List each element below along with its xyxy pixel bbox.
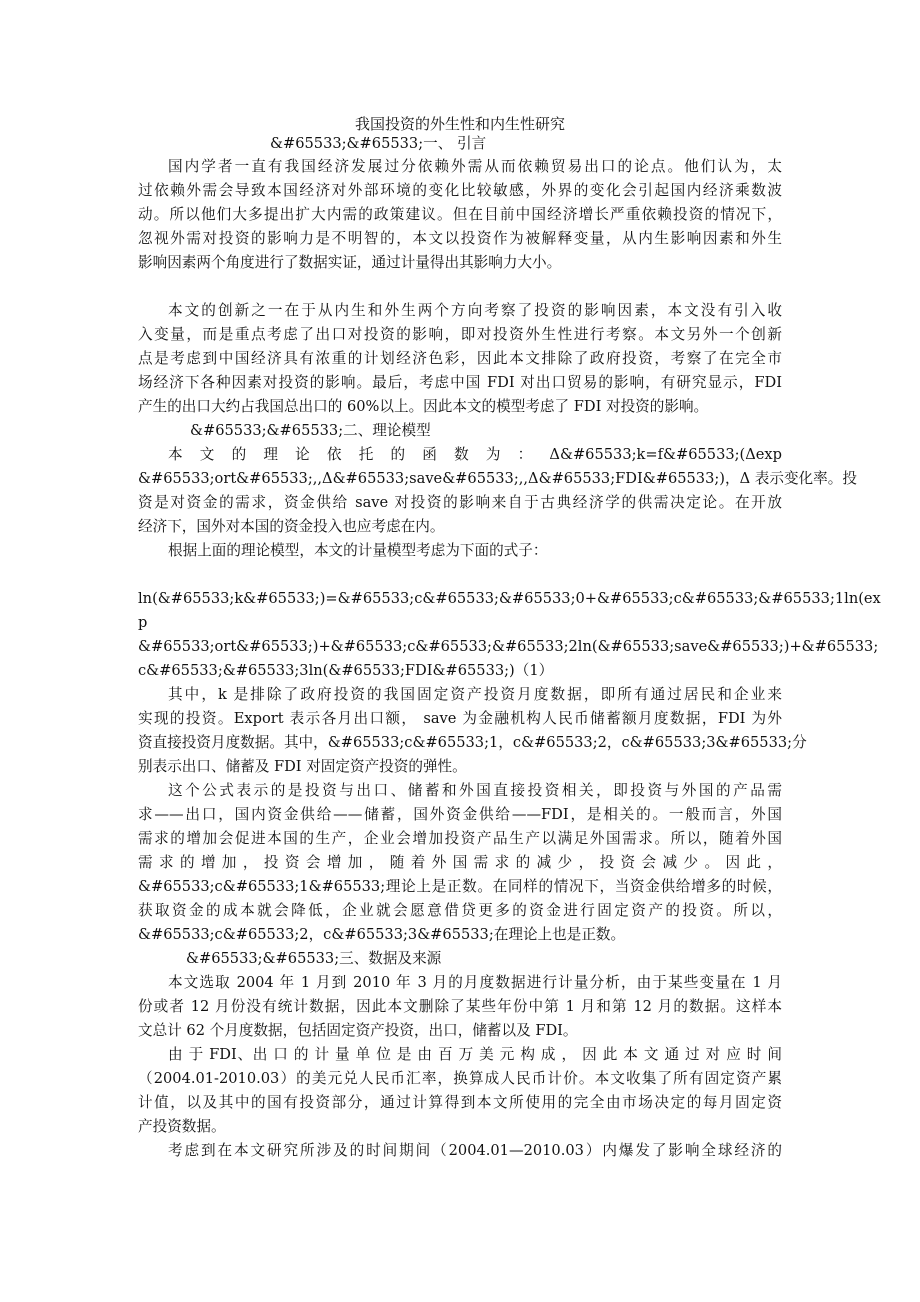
text-line: 获取资金的成本就会降低，企业就会愿意借贷更多的资金进行固定资产的投资。所以， (138, 901, 782, 921)
text-line: 资直接投资月度数据。其中，&#65533;c&#65533;1，c&#65533… (138, 733, 782, 753)
text-line: 动。所以他们大多提出扩大内需的政策建议。但在目前中国经济增长严重依赖投资的情况下… (138, 205, 782, 225)
text-line: &#65533;c&#65533;1&#65533;理论上是正数。在同样的情况下… (138, 877, 782, 897)
text-line: 产投资数据。 (138, 1117, 782, 1137)
text-line: p (138, 613, 782, 633)
text-line: &#65533;c&#65533;2，c&#65533;3&#65533;在理论… (138, 925, 782, 945)
text-line: 本文选取 2004 年 1 月到 2010 年 3 月的月度数据进行计量分析，由… (138, 973, 782, 993)
text-line: 场经济下各种因素对投资的影响。最后，考虑中国 FDI 对出口贸易的影响，有研究显… (138, 373, 782, 393)
text-line: 份或者 12 月份没有统计数据，因此本文删除了某些年份中第 1 月和第 12 月… (138, 997, 782, 1017)
text-line: &#65533;ort&#65533;)+&#65533;c&#65533;&#… (138, 637, 782, 657)
text-line: 过依赖外需会导致本国经济对外部环境的变化比较敏感，外界的变化会引起国内经济乘数波 (138, 181, 782, 201)
text-line: c&#65533;&#65533;3ln(&#65533;FDI&#65533;… (138, 661, 782, 681)
text-line: 求——出口，国内资金供给——储蓄，国外资金供给——FDI，是相关的。一般而言，外… (138, 805, 782, 825)
text-line: 根据上面的理论模型，本文的计量模型考虑为下面的式子： (138, 541, 782, 561)
text-line: 本文的创新之一在于从内生和外生两个方向考察了投资的影响因素，本文没有引入收 (138, 301, 782, 321)
text-line: 资是对资金的需求，资金供给 save 对投资的影响来自于古典经济学的供需决定论。… (138, 493, 782, 513)
text-line: 影响因素两个角度进行了数据实证，通过计量得出其影响力大小。 (138, 253, 782, 273)
text-line: 产生的出口大约占我国总出口的 60%以上。因此本文的模型考虑了 FDI 对投资的… (138, 397, 782, 417)
text-line: ln(&#65533;k&#65533;)=&#65533;c&#65533;&… (138, 589, 782, 609)
text-line: 入变量，而是重点考虑了出口对投资的影响，即对投资外生性进行考察。本文另外一个创新 (138, 325, 782, 345)
text-line: 点是考虑到中国经济具有浓重的计划经济色彩，因此本文排除了政府投资，考察了在完全市 (138, 349, 782, 369)
text-line: 经济下，国外对本国的资金投入也应考虑在内。 (138, 517, 782, 537)
text-line: 计值，以及其中的国有投资部分，通过计算得到本文所使用的完全由市场决定的每月固定资 (138, 1093, 782, 1113)
text-line: 别表示出口、储蓄及 FDI 对固定资产投资的弹性。 (138, 757, 782, 777)
text-line: 文总计 62 个月度数据，包括固定资产投资，出口，储蓄以及 FDI。 (138, 1021, 782, 1041)
text-line: 需 求 的 增 加 ， 投 资 会 增 加 ， 随 着 外 国 需 求 的 减 … (138, 853, 782, 873)
text-line: 这个公式表示的是投资与出口、储蓄和外国直接投资相关，即投资与外国的产品需 (138, 781, 782, 801)
text-line: &#65533;ort&#65533;,,Δ&#65533;save&#6553… (138, 469, 782, 489)
text-line: 国内学者一直有我国经济发展过分依赖外需从而依赖贸易出口的论点。他们认为，太 (138, 157, 782, 177)
text-line: （2004.01-2010.03）的美元兑人民币汇率，换算成人民币计价。本文收集… (138, 1069, 782, 1089)
text-line: 忽视外需对投资的影响力是不明智的，本文以投资作为被解释变量，从内生影响因素和外生 (138, 229, 782, 249)
text-line: 其中，k 是排除了政府投资的我国固定资产投资月度数据，即所有通过居民和企业来 (138, 685, 782, 705)
text-line: &#65533;&#65533;三、数据及来源 (138, 949, 782, 969)
text-line: 本 文 的 理 论 依 托 的 函 数 为 ： Δ&#65533;k=f&#65… (138, 445, 782, 465)
document-title: 我国投资的外生性和内生性研究 (138, 114, 782, 134)
text-line: &#65533;&#65533;一、 引言 (138, 134, 782, 154)
text-line: 由 于 FDI、出 口 的 计 量 单 位 是 由 百 万 美 元 构 成 ， … (138, 1045, 782, 1065)
text-line: 考虑到在本文研究所涉及的时间期间（2004.01—2010.03）内爆发了影响全… (138, 1141, 782, 1161)
text-line: &#65533;&#65533;二、理论模型 (138, 421, 782, 441)
text-line: 需求的增加会促进本国的生产，企业会增加投资产品生产以满足外国需求。所以，随着外国 (138, 829, 782, 849)
text-line: 实现的投资。Export 表示各月出口额， save 为金融机构人民币储蓄额月度… (138, 709, 782, 729)
